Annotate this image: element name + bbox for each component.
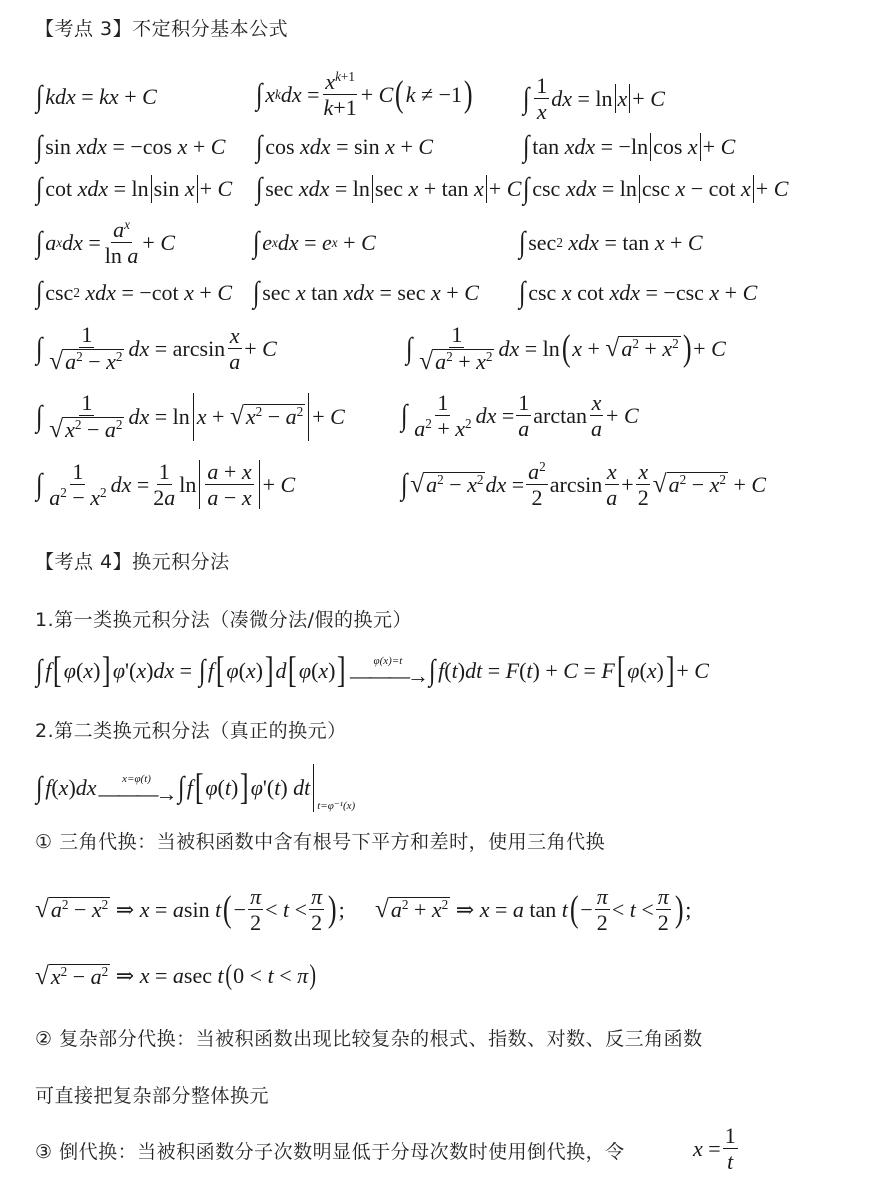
formula-f10: ∫axdx = axln a+ C	[35, 218, 175, 267]
formula-f17: ∫ 1√a2 + x2 dx = ln(x + √a2 + x2)+ C	[405, 323, 726, 374]
formula-f13: ∫csc2 xdx = −cot x + C	[35, 278, 232, 308]
sub1-formula: ∫f[φ(x)]φ'(x)dx = ∫f[φ(x)]d[φ(x)] φ(x)=t…	[35, 652, 709, 689]
formula-f21: ∫√a2 − x2dx = a22arcsinxa+x2√a2 − x2 + C	[400, 460, 766, 509]
sub1-title: 1.第一类换元积分法（凑微分法/假的换元）	[35, 605, 412, 632]
formula-f6: ∫tan xdx = −lncos x+ C	[522, 132, 735, 162]
formula-f1: ∫kdx = kx + C	[35, 82, 157, 112]
item3-text: ③ 倒代换：当被积函数分子次数明显低于分母次数时使用倒代换，令	[35, 1137, 625, 1164]
formula-f14: ∫sec x tan xdx = sec x + C	[252, 278, 479, 308]
sub2-formula: ∫f(x)dx x=φ(t)———→ ∫f[φ(t)]φ'(t) dtt=φ⁻¹…	[35, 764, 355, 812]
formula-f11: ∫exdx = ex + C	[252, 228, 376, 258]
item1-sub-a: √a2 − x2 ⇒ x = asin t(−π2< t <π2);	[35, 885, 345, 934]
item1-sub-c: √x2 − a2 ⇒ x = asec t(0 < t < π)	[35, 962, 318, 991]
item2-text-cont: 可直接把复杂部分整体换元	[35, 1081, 269, 1108]
sub2-title: 2.第二类换元积分法（真正的换元）	[35, 716, 347, 743]
formula-f19: ∫ 1a2 + x2 dx =1aarctanxa+ C	[400, 391, 639, 440]
item1-text: ① 三角代换：当被积函数中含有根号下平方和差时，使用三角代换	[35, 827, 605, 854]
item3-formula: x =1t	[693, 1124, 740, 1173]
substitution-arrow: φ(x)=t———→	[350, 656, 426, 685]
formula-f12: ∫sec2 xdx = tan x + C	[518, 228, 703, 258]
formula-f9: ∫csc xdx = lncsc x − cot x+ C	[522, 174, 788, 204]
section-3-title: 【考点 3】不定积分基本公式	[35, 14, 288, 41]
formula-f20: ∫ 1a2 − x2 dx =12alna + xa − x+ C	[35, 460, 295, 509]
eval-label: t=φ⁻¹(x)	[317, 799, 355, 812]
formula-f3: ∫1xdx = lnx+ C	[522, 74, 665, 123]
formula-f2: ∫xkdx = xk+1k+1 + C(k ≠ −1)	[255, 70, 474, 119]
section-4-title: 【考点 4】换元积分法	[35, 547, 230, 574]
formula-f16: ∫ 1√a2 − x2 dx = arcsinxa+ C	[35, 323, 277, 374]
item2-text: ② 复杂部分代换：当被积函数出现比较复杂的根式、指数、对数、反三角函数	[35, 1024, 703, 1051]
formula-f7: ∫cot xdx = lnsin x+ C	[35, 174, 232, 204]
formula-f15: ∫csc x cot xdx = −csc x + C	[518, 278, 757, 308]
formula-f5: ∫cos xdx = sin x + C	[255, 132, 433, 162]
formula-f4: ∫sin xdx = −cos x + C	[35, 132, 225, 162]
item1-sub-b: √a2 + x2 ⇒ x = a tan t(−π2< t <π2);	[375, 885, 691, 934]
formula-f8: ∫sec xdx = lnsec x + tan x+ C	[255, 174, 521, 204]
formula-f18: ∫ 1√x2 − a2 dx = lnx + √x2 − a2+ C	[35, 391, 345, 442]
substitution-arrow-2: x=φ(t)———→	[99, 774, 175, 803]
